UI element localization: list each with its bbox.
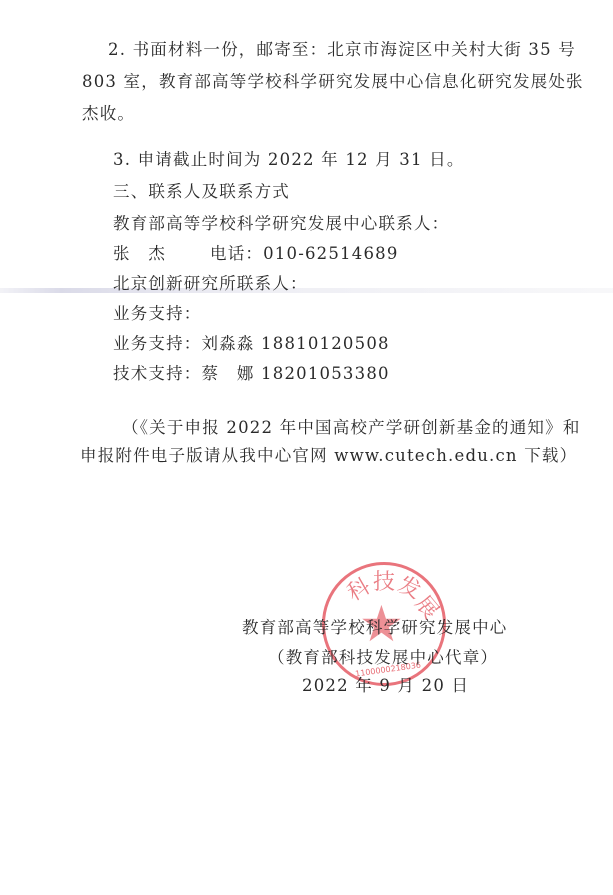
signature-org: 教育部高等学校科学研究发展中心 bbox=[242, 614, 508, 638]
signature-date: 2022 年 9 月 20 日 bbox=[302, 672, 469, 696]
note-line1: （《关于申报 2022 年中国高校产学研创新基金的通知》和 bbox=[122, 414, 581, 438]
item2-line2: 803 室，教育部高等学校科学研究发展中心信息化研究发展处张 bbox=[82, 68, 584, 92]
item2-line1: 2. 书面材料一份，邮寄至：北京市海淀区中关村大街 35 号 bbox=[108, 36, 576, 60]
note-line2: 申报附件电子版请从我中心官网 www.cutech.edu.cn 下载） bbox=[80, 442, 577, 466]
contact-org2: 北京创新研究所联系人： bbox=[113, 270, 308, 294]
tech-support-contact: 技术支持：蔡 娜 18201053380 bbox=[113, 360, 390, 384]
item2-line3: 杰收。 bbox=[82, 100, 135, 124]
seal-arc-char: 技 bbox=[373, 565, 395, 596]
signature-proxy: （教育部科技发展中心代章） bbox=[268, 644, 498, 668]
contact1-name: 张 杰 bbox=[113, 240, 166, 264]
contact1-phone: 电话：010-62514689 bbox=[210, 240, 399, 264]
section3-heading: 三、联系人及联系方式 bbox=[113, 178, 290, 202]
contact-org1: 教育部高等学校科学研究发展中心联系人： bbox=[113, 210, 449, 234]
item3-deadline: 3. 申请截止时间为 2022 年 12 月 31 日。 bbox=[113, 146, 465, 170]
business-support-contact: 业务支持：刘淼淼 18810120508 bbox=[113, 330, 390, 354]
business-support-label: 业务支持： bbox=[113, 300, 202, 324]
